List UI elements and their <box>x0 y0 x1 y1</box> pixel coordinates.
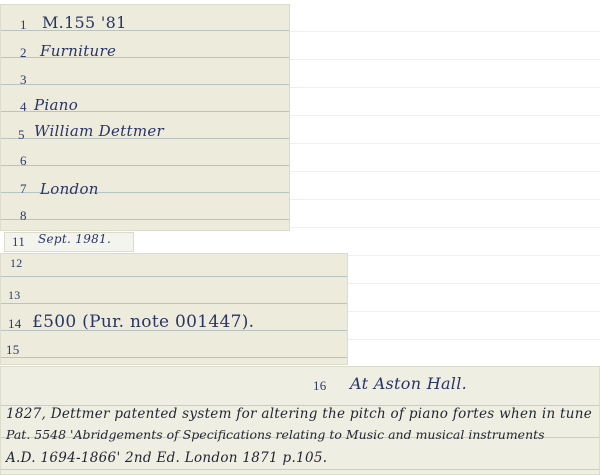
field-number: 5 <box>18 127 25 143</box>
field-number: 4 <box>20 99 27 115</box>
field-value: Furniture <box>40 42 116 60</box>
field-value: William Dettmer <box>34 122 164 140</box>
note-line-3: A.D. 1694-1866' 2nd Ed. London 1871 p.10… <box>6 450 327 466</box>
field-number: 14 <box>8 316 22 332</box>
field-number: 2 <box>20 45 27 61</box>
field-number: 16 <box>313 378 327 394</box>
field-number: 15 <box>6 342 20 358</box>
field-number: 12 <box>10 256 23 271</box>
field-number: 11 <box>12 234 25 250</box>
field-number: 1 <box>20 17 27 33</box>
card-section-middle <box>0 253 348 365</box>
field-number: 13 <box>8 288 21 303</box>
field-value: London <box>40 180 99 198</box>
note-line-1: 1827, Dettmer patented system for alteri… <box>6 406 592 422</box>
field-value: At Aston Hall. <box>350 374 467 393</box>
note-line-2: Pat. 5548 'Abridgements of Specification… <box>6 427 545 442</box>
field-value: Piano <box>34 96 78 114</box>
field-value: M.155 '81 <box>42 13 127 32</box>
field-number: 6 <box>20 153 27 169</box>
field-value: Sept. 1981. <box>38 232 111 246</box>
field-number: 7 <box>20 181 27 197</box>
field-number: 3 <box>20 72 27 88</box>
field-value: £500 (Pur. note 001447). <box>32 312 254 332</box>
field-number: 8 <box>20 208 27 224</box>
